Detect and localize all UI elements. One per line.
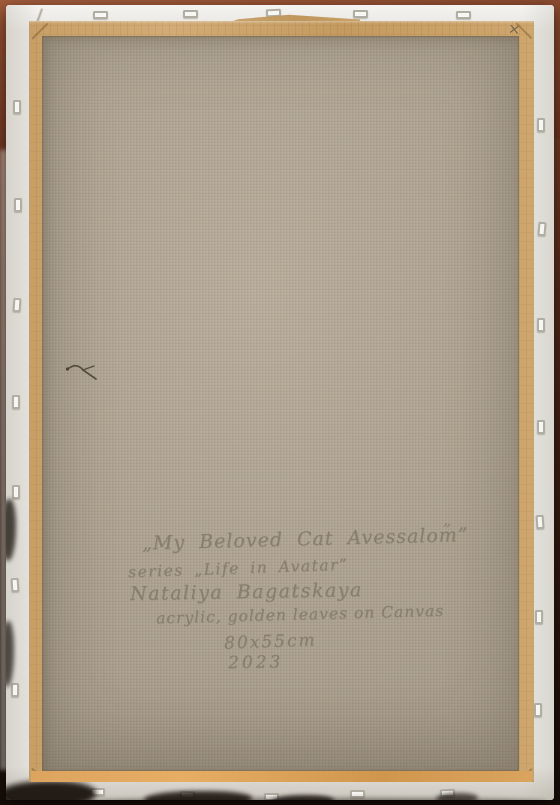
staple-icon [12,485,20,499]
staple-icon [537,420,545,434]
paint-smudge [6,781,96,800]
staple-icon [534,703,542,717]
staple-icon [13,298,22,313]
canvas-back: × ” „My Beloved Cat Avessalom” series „L… [6,5,554,800]
staple-icon [14,198,22,212]
staple-icon [537,318,545,332]
series-label: series „Life in Avatar” [128,551,488,582]
staple-icon [456,11,471,19]
staple-icon [93,11,108,19]
artist-name: Nataliya Bagatskaya [130,577,488,605]
staple-icon [11,578,20,593]
staple-icon [13,100,21,114]
staple-icon [536,515,545,530]
paint-smudge [86,798,546,800]
staple-icon [537,222,546,237]
staple-icon [11,683,19,697]
thread-mark [64,356,102,384]
medium-label: acrylic, golden leaves on Canvas [156,601,488,628]
staple-icon [350,790,365,798]
staple-icon [12,395,20,409]
canvas-surface: ” „My Beloved Cat Avessalom” series „Lif… [42,36,519,771]
year-label: 2023 [228,649,488,674]
paint-smudge [6,621,14,687]
staple-icon [353,10,368,18]
miter-joint [519,768,532,781]
staple-icon [183,10,198,18]
artwork-title: „My Beloved Cat Avessalom” [142,523,488,554]
inscription: „My Beloved Cat Avessalom” series „Life … [128,528,488,671]
paint-smudge [6,499,16,561]
photo-backdrop: × ” „My Beloved Cat Avessalom” series „L… [0,0,560,805]
staple-icon [535,610,543,624]
staple-icon [537,118,545,132]
